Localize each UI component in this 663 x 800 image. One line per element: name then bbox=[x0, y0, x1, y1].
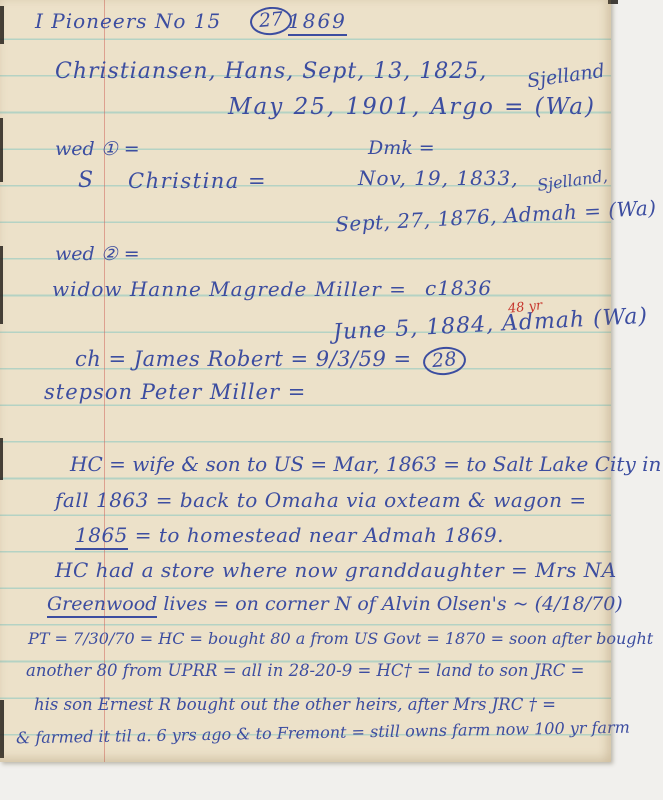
stepson-line: stepson Peter Miller = bbox=[44, 381, 306, 404]
child-line: ch = James Robert = 9/3/59 = bbox=[75, 347, 412, 371]
notes-line-2: fall 1863 = back to Omaha via oxteam & w… bbox=[55, 489, 587, 511]
notes-line-5-underlined: Greenwood bbox=[47, 593, 157, 618]
scan-edge-mark bbox=[0, 700, 4, 758]
spouse2-birth-circa: c1836 bbox=[425, 277, 492, 299]
page-number-badge: 27 bbox=[250, 7, 292, 35]
notes-line-3-underlined: 1865 bbox=[75, 523, 128, 550]
year-value: 1869 bbox=[288, 9, 347, 36]
page-number: 27 bbox=[249, 5, 293, 36]
child-page-ref: 28 bbox=[422, 345, 467, 377]
addendum-line-1: PT = 7/30/70 = HC = bought 80 a from US … bbox=[28, 630, 653, 648]
scan-edge-mark bbox=[608, 0, 618, 4]
scan-edge-mark bbox=[0, 6, 4, 44]
subject-death: May 25, 1901, Argo = (Wa) bbox=[228, 95, 596, 120]
spouse1-death: Sept, 27, 1876, Admah = (Wa) bbox=[335, 197, 657, 236]
marriage1-label: wed ① = bbox=[55, 139, 140, 160]
addendum-line-2: another 80 from UPRR = all in 28-20-9 = … bbox=[26, 662, 584, 680]
spouse1-initial: S bbox=[78, 169, 93, 193]
year-heading: 1869 bbox=[288, 10, 347, 32]
addendum-line-4: & farmed it til a. 6 yrs ago & to Fremon… bbox=[16, 719, 630, 747]
notes-line-3-rest: = to homestead near Admah 1869. bbox=[135, 523, 504, 547]
marriage2-label: wed ② = bbox=[55, 244, 140, 265]
notebook-page: I Pioneers No 15 27 1869 Christiansen, H… bbox=[0, 0, 611, 762]
spouse1-name: Christina = bbox=[128, 170, 267, 193]
addendum-line-3: his son Ernest R bought out the other he… bbox=[34, 696, 556, 714]
notes-line-1: HC = wife & son to US = Mar, 1863 = to S… bbox=[70, 453, 661, 475]
notes-line-5: Greenwood lives = on corner N of Alvin O… bbox=[47, 594, 623, 615]
marriage1-country: Dmk = bbox=[368, 138, 435, 159]
subject-name-birth: Christiansen, Hans, Sept, 13, 1825, bbox=[55, 60, 487, 84]
scan-edge-mark bbox=[0, 438, 3, 480]
notes-line-5-rest: lives = on corner N of Alvin Olsen's ~ (… bbox=[163, 593, 622, 615]
spouse1-birth: Nov, 19, 1833, bbox=[358, 167, 519, 189]
scan-edge-mark bbox=[0, 246, 3, 324]
child-row: ch = James Robert = 9/3/59 = 28 bbox=[75, 347, 466, 375]
spouse1-birthplace: Sjelland, bbox=[536, 167, 609, 194]
spouse2-name: widow Hanne Magrede Miller = bbox=[52, 278, 407, 300]
notes-line-4: HC had a store where now granddaughter =… bbox=[55, 559, 617, 581]
notes-line-3: 1865 = to homestead near Admah 1869. bbox=[75, 524, 504, 546]
series-title: I Pioneers No 15 bbox=[35, 10, 221, 32]
subject-birthplace: Sjelland bbox=[526, 61, 606, 93]
spouse2-death: June 5, 1884, Admah (Wa) bbox=[333, 305, 649, 346]
scan-edge-mark bbox=[0, 118, 3, 182]
